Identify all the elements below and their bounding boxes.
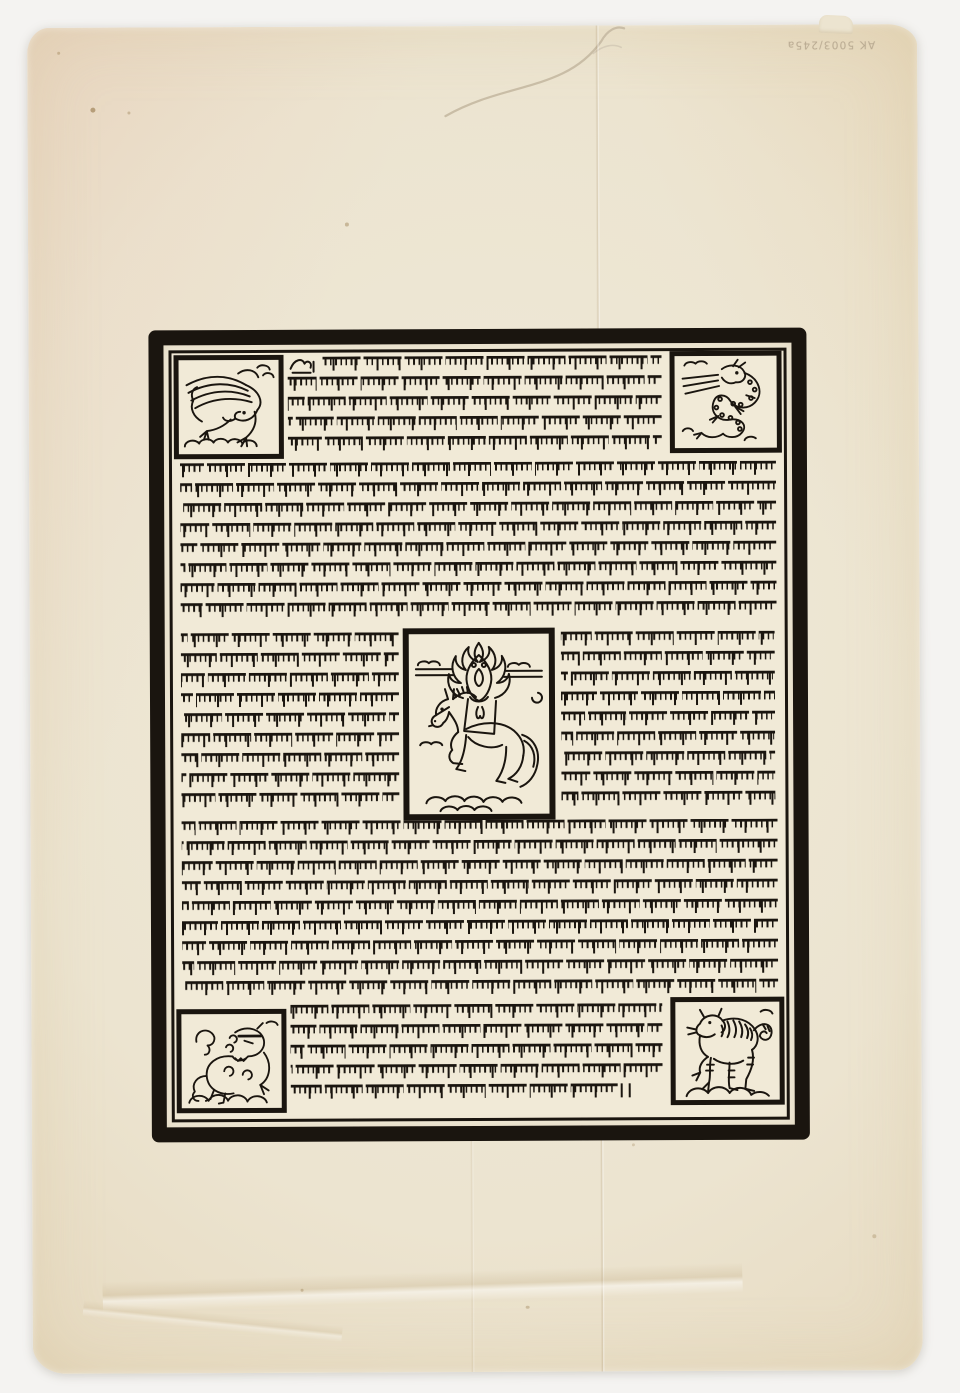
text-section-middle-right (561, 631, 776, 818)
text-line (180, 521, 776, 538)
text-line (182, 859, 778, 876)
windhorse-icon (410, 635, 549, 814)
text-section-top (288, 355, 662, 461)
text-line (290, 1023, 662, 1039)
foxing-speck (57, 52, 60, 55)
text-line (561, 751, 775, 766)
text-line (561, 711, 775, 726)
text-section-upper (180, 461, 777, 628)
text-line (180, 481, 776, 498)
text-line (182, 959, 778, 976)
text-line (180, 461, 776, 478)
text-line (181, 772, 399, 787)
text-section-lower (182, 819, 779, 1002)
text-line (180, 581, 776, 598)
text-line (181, 652, 399, 667)
foxing-speck (872, 1234, 876, 1238)
text-line (561, 651, 775, 666)
text-line (561, 731, 775, 746)
text-line (181, 792, 399, 807)
text-line (288, 375, 662, 391)
text-line (180, 541, 776, 558)
foxing-speck (301, 1289, 304, 1292)
text-line (561, 671, 775, 686)
text-line (561, 771, 775, 786)
text-section-bottom (290, 1003, 662, 1113)
corner-box-bottom-right (670, 997, 784, 1105)
text-line (561, 691, 775, 706)
foxing-speck (526, 1306, 530, 1309)
text-line (288, 395, 662, 411)
text-line (288, 435, 662, 451)
foxing-speck (90, 108, 95, 113)
text-line (181, 712, 399, 727)
text-line (288, 415, 662, 431)
woodblock-print (148, 328, 810, 1143)
paper-fiber-thread (417, 19, 648, 140)
foxing-speck (127, 111, 130, 114)
text-line (180, 561, 776, 578)
paper-edge-tab (819, 15, 854, 35)
text-line (182, 939, 778, 956)
text-line (181, 632, 399, 647)
double-shad-end-mark (621, 1083, 631, 1097)
text-line (181, 752, 399, 767)
text-line (291, 1043, 663, 1059)
text-line (320, 355, 662, 370)
text-line (290, 1003, 662, 1019)
text-line (561, 631, 775, 646)
text-line (182, 899, 778, 916)
text-line (182, 979, 778, 996)
center-panel (403, 628, 556, 821)
text-line (180, 501, 776, 518)
text-line (181, 672, 399, 687)
snow-lion-icon (183, 1016, 279, 1106)
garuda-icon (181, 362, 277, 452)
foxing-speck (632, 1143, 635, 1146)
yig-mgo-head-mark (288, 356, 316, 376)
photograph-background: { "photo": { "background_color": "#f4f3f… (0, 0, 960, 1393)
catalog-inscription: AK 5003/245a (763, 38, 875, 50)
dragon-icon (677, 358, 775, 446)
corner-box-top-right (669, 351, 781, 453)
text-section-middle-left (181, 632, 400, 819)
text-line (181, 732, 399, 747)
tiger-icon (677, 1004, 777, 1098)
text-line (181, 601, 777, 618)
paper-wrinkle (102, 1262, 743, 1312)
text-line (182, 879, 778, 896)
corner-box-bottom-left (176, 1009, 286, 1113)
text-line (291, 1083, 618, 1098)
text-line (291, 1063, 663, 1079)
text-line (181, 692, 399, 707)
text-line (182, 919, 778, 936)
text-line (182, 839, 778, 856)
text-line (182, 819, 778, 836)
corner-box-top-left (173, 355, 283, 459)
text-line (561, 791, 775, 806)
foxing-speck (345, 223, 349, 227)
paper-sheet: AK 5003/245a (27, 24, 923, 1374)
inner-rule-frame (168, 348, 789, 1123)
